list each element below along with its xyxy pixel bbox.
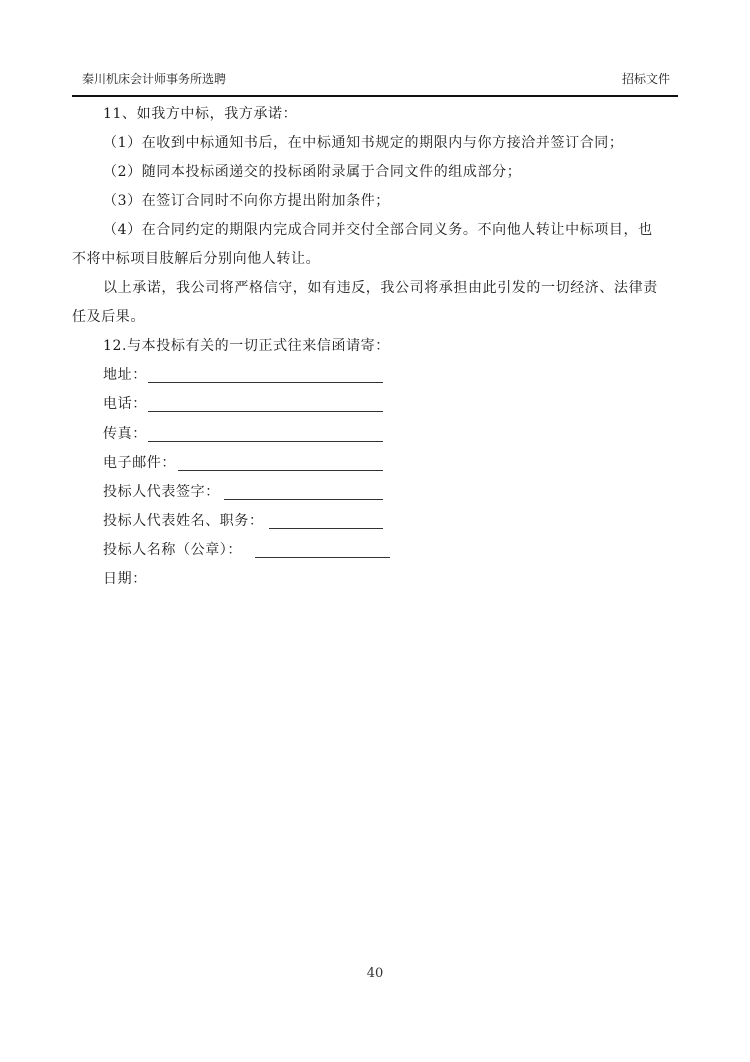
- item-11-3: （3）在签订合同时不向你方提出附加条件；: [103, 192, 390, 210]
- address-field[interactable]: [148, 382, 383, 383]
- item-11-title: 11、如我方中标，我方承诺：: [103, 105, 297, 123]
- date-label: 日期：: [103, 570, 147, 588]
- pledge-line2: 任及后果。: [72, 308, 145, 326]
- item-11-2: （2）随同本投标函递交的投标函附录属于合同文件的组成部分；: [103, 163, 521, 181]
- page-header: 秦川机床会计师事务所选聘 招标文件: [72, 70, 678, 90]
- item-11-1: （1）在收到中标通知书后，在中标通知书规定的期限内与你方接洽并签订合同；: [103, 134, 624, 152]
- representative-signature-label: 投标人代表签字：: [103, 483, 220, 501]
- address-label: 地址：: [103, 366, 147, 384]
- item-11-4-line2: 不将中标项目肢解后分别向他人转让。: [72, 250, 320, 268]
- email-field[interactable]: [178, 470, 383, 471]
- representative-signature-field[interactable]: [224, 499, 383, 500]
- email-label: 电子邮件：: [103, 454, 176, 472]
- bidder-name-seal-label: 投标人名称（公章）：: [103, 541, 242, 559]
- page-number: 40: [0, 966, 750, 981]
- representative-name-title-label: 投标人代表姓名、职务：: [103, 512, 264, 530]
- phone-label: 电话：: [103, 395, 147, 413]
- bidder-name-seal-field[interactable]: [255, 557, 390, 558]
- phone-field[interactable]: [148, 411, 383, 412]
- item-12-title: 12.与本投标有关的一切正式往来信函请寄：: [103, 337, 390, 355]
- pledge-line1: 以上承诺，我公司将严格信守，如有违反，我公司将承担由此引发的一切经济、法律责: [103, 279, 658, 297]
- item-11-4-line1: （4）在合同约定的期限内完成合同并交付全部合同义务。不向他人转让中标项目，也: [103, 221, 653, 239]
- header-document-type: 招标文件: [622, 70, 670, 87]
- fax-label: 传真：: [103, 425, 147, 443]
- fax-field[interactable]: [148, 441, 383, 442]
- header-document-title: 秦川机床会计师事务所选聘: [82, 70, 226, 87]
- header-divider: [72, 95, 678, 97]
- representative-name-title-field[interactable]: [269, 528, 383, 529]
